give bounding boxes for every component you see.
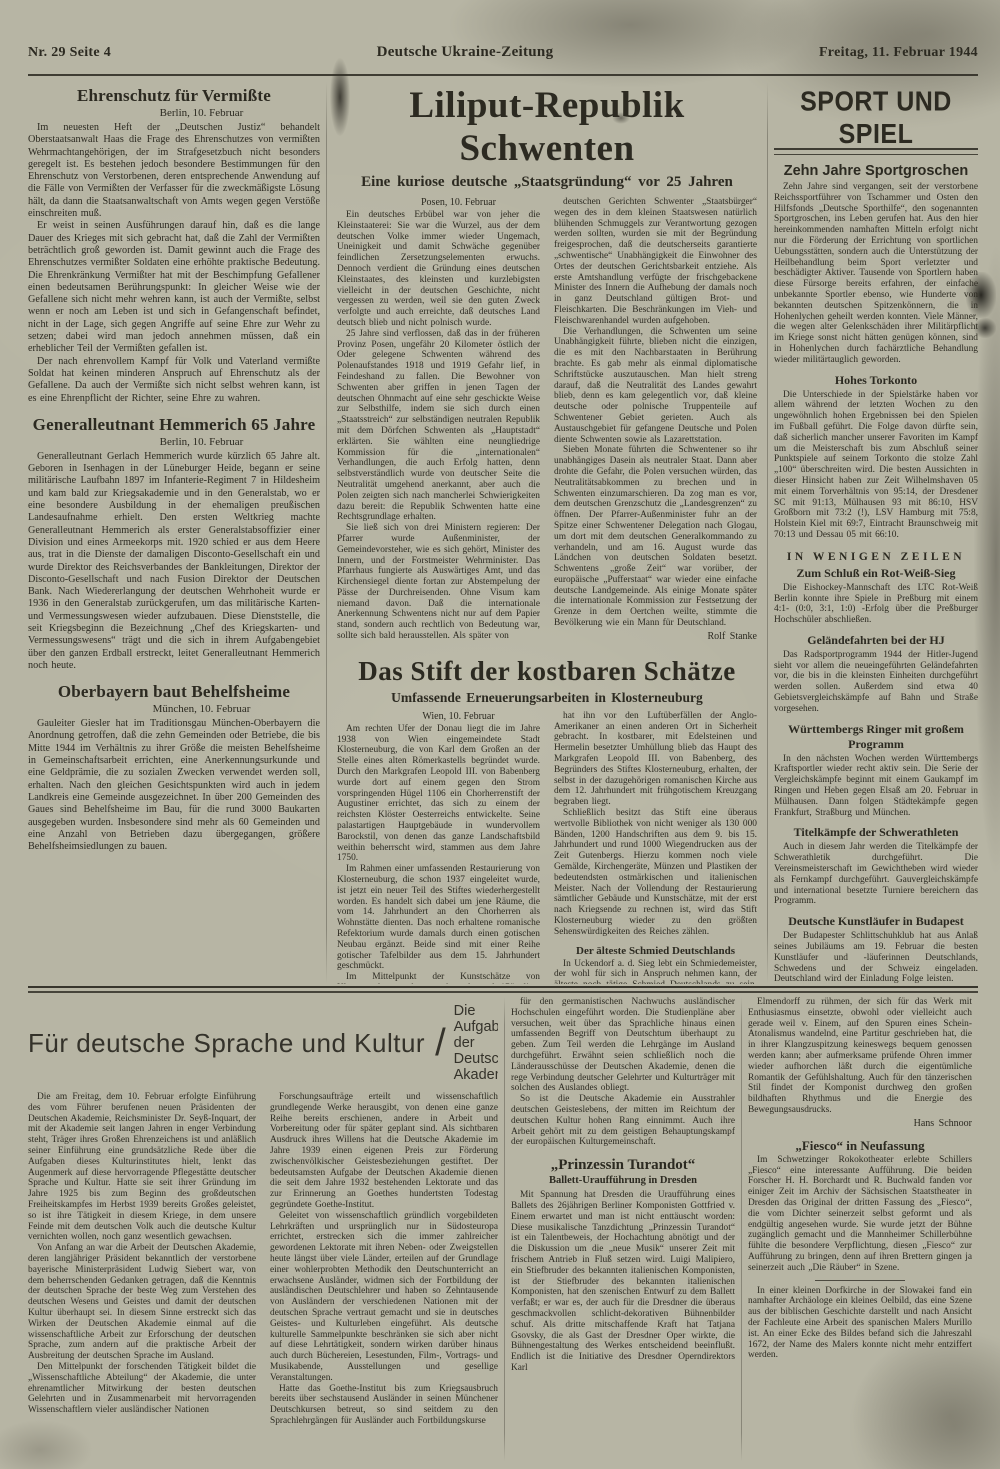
article-subtitle: Umfassende Erneuerungsarbeiten in Kloste… bbox=[337, 690, 757, 706]
headline-slash: / bbox=[435, 1022, 446, 1065]
main-headline: Liliput-Republik Schwenten bbox=[337, 84, 757, 170]
paragraph: Sie ließ sich von drei Ministern regiere… bbox=[337, 523, 540, 642]
paragraph: für den germanistischen Nachwuchs auslän… bbox=[511, 997, 735, 1094]
paragraph: Schließlich besitzt das Stift eine übera… bbox=[554, 808, 757, 938]
article-subcol-2: hat ihn vor den Luftüberfällen der Anglo… bbox=[554, 711, 757, 984]
kultur-subtitle-line2: der Deutschen Akademie bbox=[454, 1035, 498, 1083]
paragraph: Die Eishockey-Mannschaft des LTC Rot-Wei… bbox=[774, 583, 978, 626]
paragraph: Sieben Monate führten die Schwentener so… bbox=[554, 445, 757, 629]
author-byline: Hans Schnoor bbox=[748, 1118, 972, 1129]
paragraph: hat ihn vor den Luftüberfällen der Anglo… bbox=[554, 711, 757, 808]
page-date: Freitag, 11. Februar 1944 bbox=[819, 45, 978, 61]
kultur-columns: Die am Freitag, dem 10. Februar erfolgte… bbox=[28, 1092, 498, 1427]
center-column: Liliput-Republik Schwenten Eine kuriose … bbox=[333, 82, 761, 984]
paragraph: Elmendorff zu rühmen, der sich für das W… bbox=[748, 997, 972, 1116]
column-rule bbox=[767, 82, 768, 984]
paragraph: Zehn Jahre sind vergangen, seit der vers… bbox=[774, 182, 978, 366]
paragraph: Geleitet von wissenschaftlich gründlich … bbox=[270, 1211, 498, 1384]
article-heading: Ehrenschutz für Vermißte bbox=[28, 86, 320, 106]
sport-column: SPORT UND SPIEL Zehn Jahre Sportgroschen… bbox=[774, 82, 978, 984]
paragraph: Generalleutnant Gerlach Hemmerich wurde … bbox=[28, 451, 320, 672]
masthead-title: Deutsche Ukraine-Zeitung bbox=[377, 44, 554, 61]
paragraph: In einer kleinen Dorfkirche in der Slowa… bbox=[748, 1286, 972, 1362]
kultur-subtitle-line1: Die Aufgaben bbox=[454, 1003, 498, 1035]
paragraph: Der Budapester Schlittschuhklub hat aus … bbox=[774, 931, 978, 984]
sport-brief-heading: Deutsche Kunstläufer in Budapest bbox=[774, 914, 978, 929]
paragraph: Ein deutsches Erbübel war von jeher die … bbox=[337, 210, 540, 329]
paragraph: Die Verhandlungen, die Schwenten um sein… bbox=[554, 327, 757, 446]
kultur-subtitle: Die Aufgaben der Deutschen Akademie bbox=[454, 1003, 498, 1083]
column-rule bbox=[326, 82, 327, 984]
paragraph: Auch in diesem Jahr werden die Titelkämp… bbox=[774, 842, 978, 907]
paragraph: deutschen Gerichten Schwenter „Staatsbür… bbox=[554, 197, 757, 327]
article-heading: Oberbayern baut Behelfsheime bbox=[28, 682, 320, 702]
dateline: Wien, 10. Februar bbox=[337, 711, 540, 722]
article-headline: Das Stift der kostbaren Schätze bbox=[337, 656, 757, 687]
kultur-left-half: Für deutsche Sprache und Kultur / Die Au… bbox=[28, 997, 498, 1461]
left-column: Ehrenschutz für Vermißte Berlin, 10. Feb… bbox=[28, 82, 320, 984]
paragraph: Forschungsaufträge erteilt und wissensch… bbox=[270, 1092, 498, 1211]
paragraph: Er weist in seinen Ausführungen darauf h… bbox=[28, 220, 320, 355]
kultur-headline: Für deutsche Sprache und Kultur bbox=[28, 1028, 425, 1059]
paragraph: Im Mittelpunkt der Kunstschätze von Klos… bbox=[337, 972, 540, 984]
kultur-col-2: Forschungsaufträge erteilt und wissensch… bbox=[270, 1092, 498, 1427]
article-columns: Wien, 10. Februar Am rechten Ufer der Do… bbox=[337, 711, 757, 984]
paragraph: 25 Jahre sind verflossen, daß das in der… bbox=[337, 329, 540, 523]
kultur-headline-row: Für deutsche Sprache und Kultur / Die Au… bbox=[28, 1003, 498, 1083]
column-rule bbox=[504, 997, 505, 1461]
turandot-heading: „Prinzessin Turandot“ bbox=[511, 1157, 735, 1174]
paragraph: In den nächsten Wochen werden Württember… bbox=[774, 754, 978, 819]
paragraph: In Uckendorf a. d. Sieg lebt ein Schmied… bbox=[554, 959, 757, 984]
header-rule bbox=[28, 74, 978, 76]
paragraph: Am rechten Ufer der Donau liegt die im J… bbox=[337, 724, 540, 864]
article-heading: Generalleutnant Hemmerich 65 Jahre bbox=[28, 415, 320, 435]
dateline: Posen, 10. Februar bbox=[337, 197, 540, 208]
fiesco-heading: „Fiesco“ in Neufassung bbox=[748, 1138, 972, 1154]
article-subcol-1: Posen, 10. Februar Ein deutsches Erbübel… bbox=[337, 197, 540, 642]
paragraph: Die am Freitag, dem 10. Februar erfolgte… bbox=[28, 1092, 256, 1243]
newspaper-page: Nr. 29 Seite 4 Deutsche Ukraine-Zeitung … bbox=[0, 0, 1000, 1469]
section-title: SPORT UND SPIEL bbox=[774, 86, 978, 151]
sport-heading: Zehn Jahre Sportgroschen bbox=[774, 163, 978, 179]
turandot-subheading: Ballett-Uraufführung in Dresden bbox=[511, 1175, 735, 1186]
sport-brief-heading: Geländefahrten bei der HJ bbox=[774, 633, 978, 648]
dateline: Berlin, 10. Februar bbox=[28, 436, 320, 448]
kultur-section: Für deutsche Sprache und Kultur / Die Au… bbox=[28, 997, 978, 1461]
paragraph: Von Anfang an war die Arbeit der Deutsch… bbox=[28, 1243, 256, 1362]
sport-brief-heading: Titelkämpfe der Schwerathleten bbox=[774, 825, 978, 840]
sport-heading: Hohes Torkonto bbox=[774, 373, 978, 388]
sport-brief-heading: Württembergs Ringer mit großem Programm bbox=[774, 722, 978, 752]
kultur-col-3: für den germanistischen Nachwuchs auslän… bbox=[511, 997, 735, 1461]
article-subcol-2: deutschen Gerichten Schwenter „Staatsbür… bbox=[554, 197, 757, 642]
paragraph: Das Radsportprogramm 1944 der Hitler-Jug… bbox=[774, 650, 978, 715]
paragraph: Gauleiter Giesler hat im Traditionsgau M… bbox=[28, 718, 320, 853]
paragraph: Die Unterschiede in der Spielstärke habe… bbox=[774, 390, 978, 541]
item-divider-rule bbox=[815, 1280, 905, 1281]
article-columns: Posen, 10. Februar Ein deutsches Erbübel… bbox=[337, 197, 757, 642]
paragraph: Hatte das Goethe-Institut bis zum Kriegs… bbox=[270, 1384, 498, 1427]
paragraph: So ist die Deutsche Akademie ein Ausstra… bbox=[511, 1094, 735, 1148]
sport-brief-heading: Zum Schluß ein Rot-Weiß-Sieg bbox=[774, 566, 978, 581]
issue-number: Nr. 29 Seite 4 bbox=[28, 45, 111, 61]
paragraph: Im Rahmen einer umfassenden Restaurierun… bbox=[337, 864, 540, 972]
main-content: Ehrenschutz für Vermißte Berlin, 10. Feb… bbox=[28, 82, 978, 984]
paragraph: Im neuesten Heft der „Deutschen Justiz“ … bbox=[28, 122, 320, 220]
page-header: Nr. 29 Seite 4 Deutsche Ukraine-Zeitung … bbox=[28, 44, 978, 61]
article-subcol-1: Wien, 10. Februar Am rechten Ufer der Do… bbox=[337, 711, 540, 984]
column-rule bbox=[741, 997, 742, 1461]
section-divider-rule bbox=[28, 986, 978, 993]
paragraph: Mit Spannung hat Dresden die Uraufführun… bbox=[511, 1190, 735, 1374]
kultur-col-4: Elmendorff zu rühmen, der sich für das W… bbox=[748, 997, 972, 1461]
main-subtitle: Eine kuriose deutsche „Staatsgründung“ v… bbox=[337, 174, 757, 191]
sub-article-heading: Der älteste Schmied Deutschlands bbox=[554, 945, 757, 957]
subsection-title: IN WENIGEN ZEILEN bbox=[774, 551, 978, 563]
paragraph: Der nach ehrenvollem Kampf für Volk und … bbox=[28, 356, 320, 405]
dateline: München, 10. Februar bbox=[28, 703, 320, 715]
dateline: Berlin, 10. Februar bbox=[28, 107, 320, 119]
paragraph: Den Mittelpunkt der forschenden Tätigkei… bbox=[28, 1362, 256, 1416]
author-byline: Rolf Stanke bbox=[554, 631, 757, 642]
paragraph: Im Schwetzinger Rokokotheater erlebte Sc… bbox=[748, 1155, 972, 1274]
kultur-col-1: Die am Freitag, dem 10. Februar erfolgte… bbox=[28, 1092, 256, 1427]
